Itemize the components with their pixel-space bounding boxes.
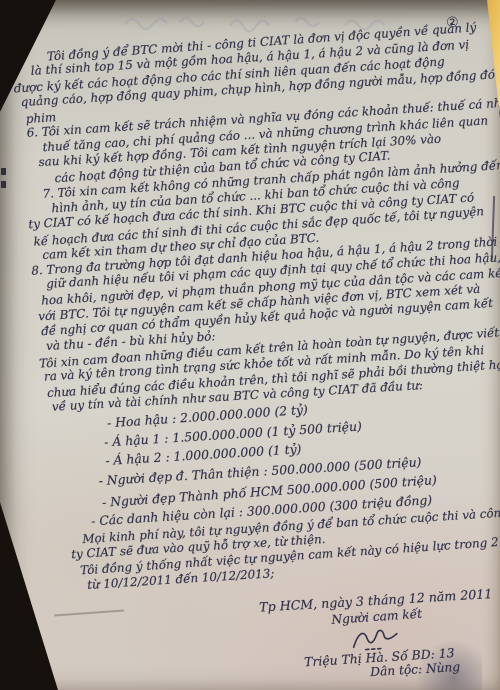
handwritten-text-block: ② Tôi đồng ý để BTC mời thi - công ti CI… — [0, 7, 500, 597]
document-photo: ② Tôi đồng ý để BTC mời thi - công ti CI… — [0, 0, 500, 690]
paper-crease — [54, 610, 124, 617]
paper-sheet: ② Tôi đồng ý để BTC mời thi - công ti CI… — [0, 0, 500, 690]
signature-block: Tp HCM, ngày 3 tháng 12 năm 2011 Người c… — [243, 584, 500, 688]
